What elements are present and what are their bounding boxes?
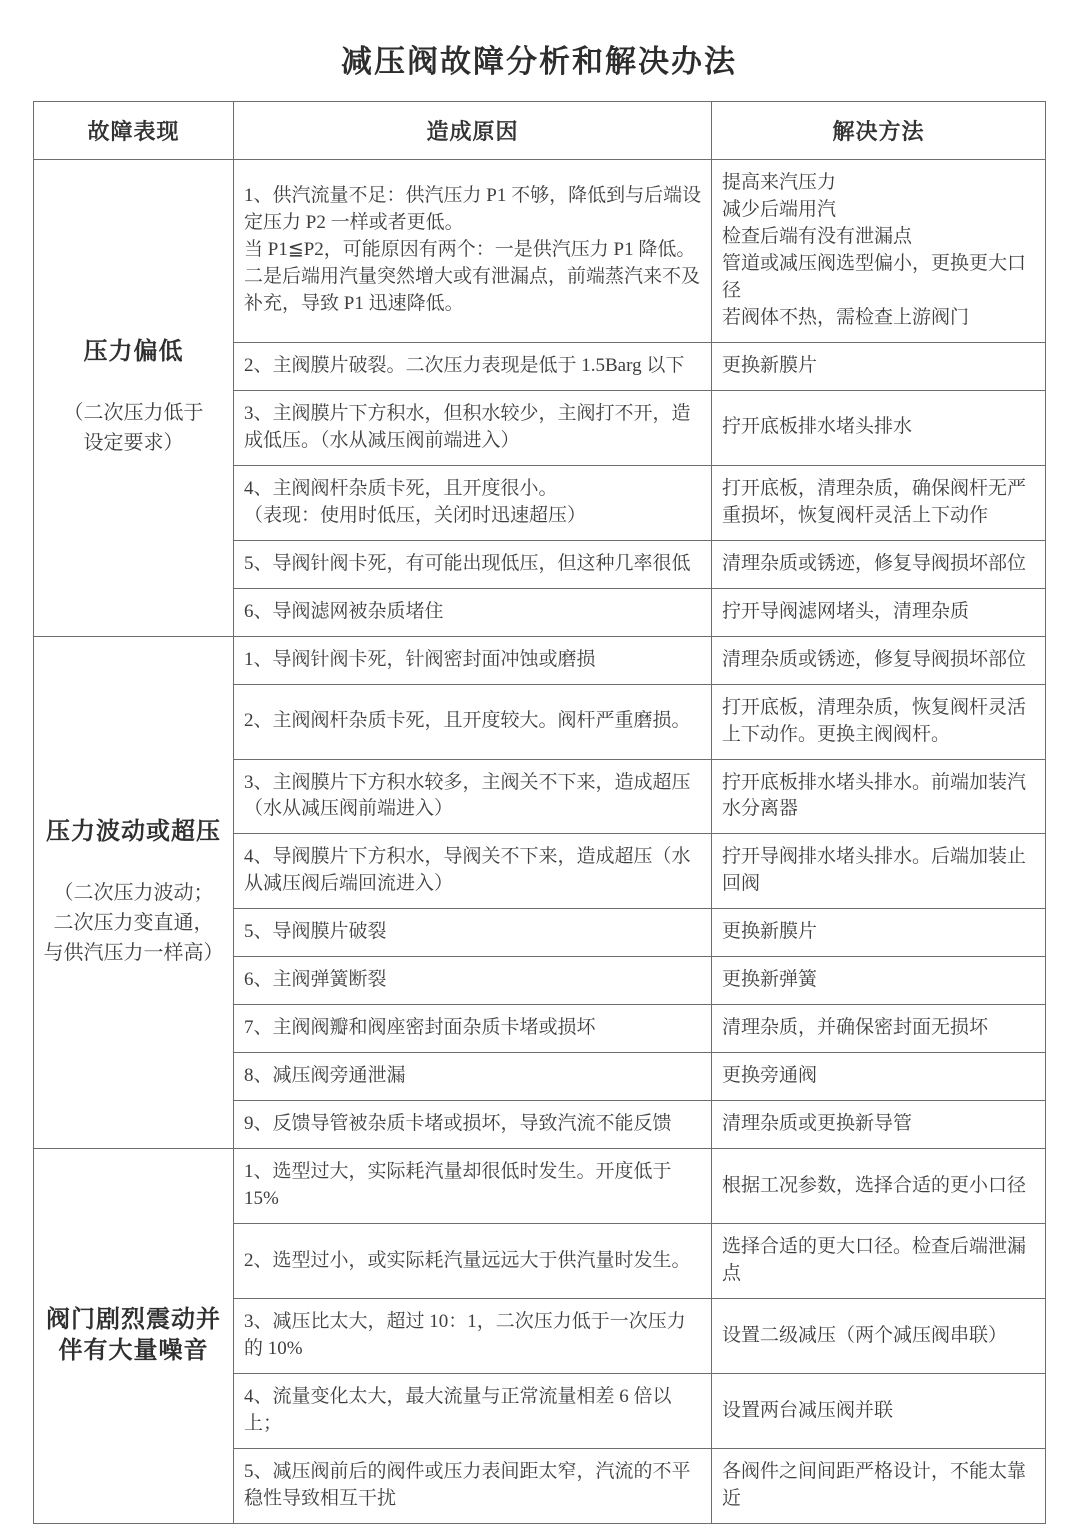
solution-cell: 提高来汽压力 减少后端用汽 检查后端有没有泄漏点 管道或减压阀选型偏小，更换更大… <box>712 160 1046 343</box>
solution-cell: 打开底板，清理杂质，恢复阀杆灵活上下动作。更换主阀阀杆。 <box>712 684 1046 759</box>
column-header-cause: 造成原因 <box>234 102 712 160</box>
solution-cell: 拧开导阀滤网堵头，清理杂质 <box>712 588 1046 636</box>
fault-table: 故障表现 造成原因 解决方法 压力偏低（二次压力低于 设定要求）1、供汽流量不足… <box>33 101 1046 1524</box>
fault-table-body: 压力偏低（二次压力低于 设定要求）1、供汽流量不足：供汽压力 P1 不够，降低到… <box>34 160 1046 1524</box>
symptom-title: 压力波动或超压 <box>38 817 229 848</box>
cause-cell: 9、反馈导管被杂质卡堵或损坏，导致汽流不能反馈 <box>234 1101 712 1149</box>
document-page: 减压阀故障分析和解决办法 故障表现 造成原因 解决方法 压力偏低（二次压力低于 … <box>0 0 1078 1524</box>
solution-cell: 设置两台减压阀并联 <box>712 1374 1046 1449</box>
table-row: 压力偏低（二次压力低于 设定要求）1、供汽流量不足：供汽压力 P1 不够，降低到… <box>34 160 1046 343</box>
header-row: 故障表现 造成原因 解决方法 <box>34 102 1046 160</box>
symptom-note: （二次压力波动； 二次压力变直通， 与供汽压力一样高） <box>38 878 229 968</box>
cause-cell: 3、主阀膜片下方积水较多，主阀关不下来，造成超压（水从减压阀前端进入） <box>234 759 712 834</box>
column-header-symptom: 故障表现 <box>34 102 234 160</box>
cause-cell: 3、减压比太大，超过 10：1，二次压力低于一次压力的 10% <box>234 1299 712 1374</box>
cause-cell: 7、主阀阀瓣和阀座密封面杂质卡堵或损坏 <box>234 1005 712 1053</box>
solution-cell: 更换新膜片 <box>712 342 1046 390</box>
cause-cell: 2、主阀膜片破裂。二次压力表现是低于 1.5Barg 以下 <box>234 342 712 390</box>
solution-cell: 根据工况参数，选择合适的更小口径 <box>712 1149 1046 1224</box>
cause-cell: 1、供汽流量不足：供汽压力 P1 不够，降低到与后端设定压力 P2 一样或者更低… <box>234 160 712 343</box>
cause-cell: 6、导阀滤网被杂质堵住 <box>234 588 712 636</box>
cause-cell: 3、主阀膜片下方积水，但积水较少，主阀打不开，造成低压。（水从减压阀前端进入） <box>234 390 712 465</box>
solution-cell: 清理杂质或锈迹，修复导阀损坏部位 <box>712 636 1046 684</box>
cause-cell: 5、减压阀前后的阀件或压力表间距太窄，汽流的不平稳性导致相互干扰 <box>234 1448 712 1523</box>
solution-cell: 更换新弹簧 <box>712 957 1046 1005</box>
cause-cell: 1、导阀针阀卡死，针阀密封面冲蚀或磨损 <box>234 636 712 684</box>
table-row: 压力波动或超压（二次压力波动； 二次压力变直通， 与供汽压力一样高）1、导阀针阀… <box>34 636 1046 684</box>
solution-cell: 拧开底板排水堵头排水 <box>712 390 1046 465</box>
symptom-cell: 压力偏低（二次压力低于 设定要求） <box>34 160 234 637</box>
symptom-cell: 压力波动或超压（二次压力波动； 二次压力变直通， 与供汽压力一样高） <box>34 636 234 1149</box>
cause-cell: 5、导阀针阀卡死，有可能出现低压，但这种几率很低 <box>234 540 712 588</box>
cause-cell: 1、选型过大，实际耗汽量却很低时发生。开度低于 15% <box>234 1149 712 1224</box>
cause-cell: 8、减压阀旁通泄漏 <box>234 1053 712 1101</box>
solution-cell: 各阀件之间间距严格设计，不能太靠近 <box>712 1448 1046 1523</box>
table-row: 阀门剧烈震动并 伴有大量噪音1、选型过大，实际耗汽量却很低时发生。开度低于 15… <box>34 1149 1046 1224</box>
solution-cell: 更换旁通阀 <box>712 1053 1046 1101</box>
cause-cell: 6、主阀弹簧断裂 <box>234 957 712 1005</box>
cause-cell: 4、流量变化太大，最大流量与正常流量相差 6 倍以上； <box>234 1374 712 1449</box>
cause-cell: 2、主阀阀杆杂质卡死，且开度较大。阀杆严重磨损。 <box>234 684 712 759</box>
solution-cell: 清理杂质或更换新导管 <box>712 1101 1046 1149</box>
solution-cell: 打开底板，清理杂质，确保阀杆无严重损坏，恢复阀杆灵活上下动作 <box>712 465 1046 540</box>
solution-cell: 选择合适的更大口径。检查后端泄漏点 <box>712 1224 1046 1299</box>
column-header-solution: 解决方法 <box>712 102 1046 160</box>
solution-cell: 清理杂质或锈迹，修复导阀损坏部位 <box>712 540 1046 588</box>
cause-cell: 2、选型过小，或实际耗汽量远远大于供汽量时发生。 <box>234 1224 712 1299</box>
cause-cell: 4、主阀阀杆杂质卡死，且开度很小。 （表现：使用时低压，关闭时迅速超压） <box>234 465 712 540</box>
solution-cell: 设置二级减压（两个减压阀串联） <box>712 1299 1046 1374</box>
symptom-title: 压力偏低 <box>38 337 229 368</box>
cause-cell: 5、导阀膜片破裂 <box>234 909 712 957</box>
solution-cell: 拧开导阀排水堵头排水。后端加装止回阀 <box>712 834 1046 909</box>
solution-cell: 清理杂质，并确保密封面无损坏 <box>712 1005 1046 1053</box>
cause-cell: 4、导阀膜片下方积水，导阀关不下来，造成超压（水从减压阀后端回流进入） <box>234 834 712 909</box>
solution-cell: 拧开底板排水堵头排水。前端加装汽水分离器 <box>712 759 1046 834</box>
solution-cell: 更换新膜片 <box>712 909 1046 957</box>
symptom-title: 阀门剧烈震动并 伴有大量噪音 <box>38 1305 229 1367</box>
symptom-note: （二次压力低于 设定要求） <box>38 398 229 458</box>
symptom-cell: 阀门剧烈震动并 伴有大量噪音 <box>34 1149 234 1524</box>
page-title: 减压阀故障分析和解决办法 <box>33 36 1045 81</box>
